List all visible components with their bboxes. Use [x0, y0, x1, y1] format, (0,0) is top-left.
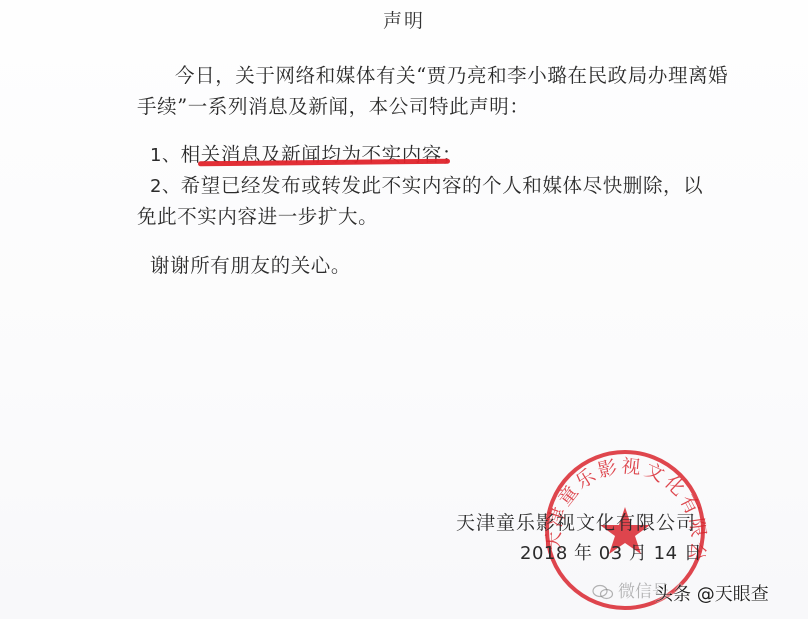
item-text: 希望已经发布或转发此不实内容的个人和媒体尽快删除，以	[181, 174, 704, 197]
signature-date: 2018 年 03 月 14 日	[520, 539, 702, 565]
intro-line-1: 今日，关于网络和媒体有关“贾乃亮和李小璐在民政局办理离婚	[175, 60, 728, 91]
statement-item-2: 2、希望已经发布或转发此不实内容的个人和媒体尽快删除，以	[150, 170, 703, 202]
date-month-unit: 月	[629, 543, 648, 564]
statement-item-2-continued: 免此不实内容进一步扩大。	[137, 201, 378, 232]
toutiao-watermark: 头条 @天眼查	[655, 580, 769, 606]
date-month: 03	[599, 543, 623, 564]
thanks-line: 谢谢所有朋友的关心。	[150, 250, 351, 281]
document-title: 声明	[0, 6, 808, 33]
date-year-unit: 年	[574, 543, 593, 564]
wechat-icon	[592, 584, 614, 600]
document-page: 声明 今日，关于网络和媒体有关“贾乃亮和李小璐在民政局办理离婚 手续”一系列消息…	[0, 0, 808, 619]
intro-line-2: 手续”一系列消息及新闻，本公司特此声明：	[137, 91, 529, 122]
company-signature: 天津童乐影视文化有限公司	[456, 508, 696, 535]
date-day-unit: 日	[684, 543, 703, 564]
statement-item-1: 1、相关消息及新闻均为不实内容；	[150, 139, 462, 171]
item-number: 1、	[150, 145, 181, 166]
date-day: 14	[654, 543, 678, 564]
date-year: 2018	[520, 543, 568, 564]
item-number: 2、	[150, 176, 181, 197]
